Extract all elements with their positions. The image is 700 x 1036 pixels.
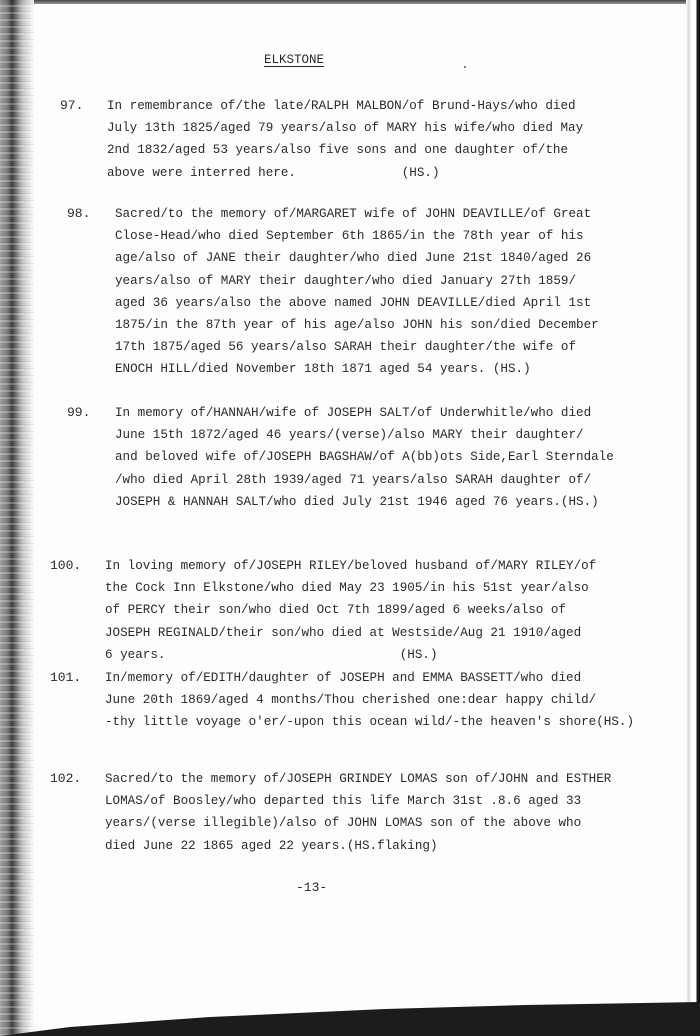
entry-line: of PERCY their son/who died Oct 7th 1899…	[105, 599, 596, 621]
page-title: ELKSTONE	[264, 50, 324, 68]
entry-number: 97.	[60, 95, 83, 117]
entry-line: LOMAS/of Boosley/who departed this life …	[105, 790, 611, 812]
entry-line: Sacred/to the memory of/MARGARET wife of…	[115, 203, 599, 225]
entry-line: years/also of MARY their daughter/who di…	[115, 270, 599, 292]
entry-number: 101.	[50, 667, 81, 689]
entry-line: In/memory of/EDITH/daughter of JOSEPH an…	[105, 667, 634, 689]
entry-text: Sacred/to the memory of/MARGARET wife of…	[115, 203, 599, 381]
entry-line: -thy little voyage o'er/-upon this ocean…	[105, 711, 634, 733]
entry-line: ENOCH HILL/died November 18th 1871 aged …	[115, 358, 599, 380]
page-title-text: ELKSTONE	[264, 53, 324, 67]
entry-line: Close-Head/who died September 6th 1865/i…	[115, 225, 599, 247]
entry-line: In loving memory of/JOSEPH RILEY/beloved…	[105, 555, 596, 577]
scan-speck	[464, 66, 466, 68]
entry-line: JOSEPH & HANNAH SALT/who died July 21st …	[115, 491, 614, 513]
entry-text: In memory of/HANNAH/wife of JOSEPH SALT/…	[115, 402, 614, 513]
entry-text: In remembrance of/the late/RALPH MALBON/…	[107, 95, 583, 184]
entry-line: above were interred here. (HS.)	[107, 162, 583, 184]
entry-line: 2nd 1832/aged 53 years/also five sons an…	[107, 139, 583, 161]
entry-number: 102.	[50, 768, 81, 790]
entry-line: June 20th 1869/aged 4 months/Thou cheris…	[105, 689, 634, 711]
entry-line: In remembrance of/the late/RALPH MALBON/…	[107, 95, 583, 117]
page-number: -13-	[296, 880, 327, 895]
entry-number: 99.	[67, 402, 90, 424]
scan-bottom-shadow	[0, 986, 700, 1036]
entry-line: and beloved wife of/JOSEPH BAGSHAW/of A(…	[115, 446, 614, 468]
scan-right-edge	[686, 0, 700, 1036]
entry-text: Sacred/to the memory of/JOSEPH GRINDEY L…	[105, 768, 611, 857]
entry-line: 1875/in the 87th year of his age/also JO…	[115, 314, 599, 336]
entry-line: Sacred/to the memory of/JOSEPH GRINDEY L…	[105, 768, 611, 790]
entry-text: In/memory of/EDITH/daughter of JOSEPH an…	[105, 667, 634, 734]
entry-line: JOSEPH REGINALD/their son/who died at We…	[105, 622, 596, 644]
entry-line: the Cock Inn Elkstone/who died May 23 19…	[105, 577, 596, 599]
entry-line: In memory of/HANNAH/wife of JOSEPH SALT/…	[115, 402, 614, 424]
entry-line: 6 years. (HS.)	[105, 644, 596, 666]
entry-line: 17th 1875/aged 56 years/also SARAH their…	[115, 336, 599, 358]
entry-text: In loving memory of/JOSEPH RILEY/beloved…	[105, 555, 596, 666]
entry-line: age/also of JANE their daughter/who died…	[115, 247, 599, 269]
entry-line: died June 22 1865 aged 22 years.(HS.flak…	[105, 835, 611, 857]
scan-top-edge	[0, 0, 700, 4]
entry-line: /who died April 28th 1939/aged 71 years/…	[115, 469, 614, 491]
entry-line: June 15th 1872/aged 46 years/(verse)/als…	[115, 424, 614, 446]
entry-line: July 13th 1825/aged 79 years/also of MAR…	[107, 117, 583, 139]
entry-line: aged 36 years/also the above named JOHN …	[115, 292, 599, 314]
entry-number: 100.	[50, 555, 81, 577]
scan-binding-shadow	[0, 0, 34, 1036]
entry-number: 98.	[67, 203, 90, 225]
entry-line: years/(verse illegible)/also of JOHN LOM…	[105, 812, 611, 834]
